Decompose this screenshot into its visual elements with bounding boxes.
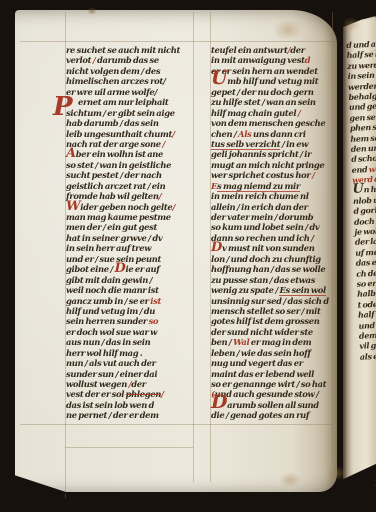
text-line: er doch wol sue war w [66,327,196,337]
text-line: unsinnig sur sed / das sich d [211,296,338,306]
text-line: gepet / der nu doch gern [211,87,338,97]
text-line: ch dem n [356,266,376,278]
text-line: zu pusse stan / das etwas [211,275,338,285]
text-line: man mag kaume pestme [66,212,196,222]
text-line: mensch stellet so ser / mit [211,306,338,316]
text-line: von dem menschen gesche [211,118,338,128]
text-line: leben / wie das sein hoff [211,348,338,358]
text-line: gibt mit dain gewin / [66,275,196,285]
text-line: das ist sein lob wen d [66,400,196,410]
text-line: vil gnad [359,339,376,351]
text-line: hoffnung han / das se wolle [211,264,338,274]
edge-strip-shadow [343,452,376,486]
text-line: men der / ein gut gest [66,222,196,232]
text-line: dem herr [359,329,376,341]
text-line: er wre uil arme wolfe/ [66,87,196,97]
text-line: (und auch gesunde stow / [211,389,338,399]
text-line: nun / als vut auch der [66,358,196,368]
text-line: und er / sue sein peunt [66,254,196,264]
text-line: geli johannis spricht / ir [211,149,338,159]
page-edge-strip: d und auch fhalf se hut pezu werd min se… [343,16,376,486]
text-line: in sein herr auf trew [66,243,196,253]
text-line: geistlich arczet rat / ein [66,181,196,191]
text-line: vest der er sol phlegen/ [66,389,196,399]
text-line: Umb hilf und vetug mit [211,76,338,86]
text-line: als er sp [360,349,376,361]
text-line: wollust wegen /der [66,379,196,389]
text-line: in mein reich chume nl [211,191,338,201]
text-line: t oder W [357,298,376,310]
text-line: teufel ein antwurt/der [211,45,338,55]
text-line: halb se m [357,287,376,299]
manuscript-photo: { "colors":{"background":"#16110d","parc… [0,0,376,512]
text-line: ben / Wal er mag in dem [211,337,338,347]
text-line: nach rat der arge sone / [66,139,196,149]
text-line: zu hilfe stet / wan an sein [211,97,338,107]
ruling-line-horizontal [20,41,334,42]
book-page: re suchet se auch mit nichtverlot / daru… [15,10,337,492]
text-line: je wolt herr [354,225,376,237]
text-line: in mit anwaigung vestd [211,55,338,65]
text-line: hilf und vetug im / du [66,306,196,316]
text-line: fromde hab wil gelten/ [66,191,196,201]
text-line: sunder sun / einer dai [66,369,196,379]
text-line: der vater mein / dorumb [211,212,338,222]
text-line: nicht volgen dem / des [66,66,196,76]
text-line: weil noch die manr ist [66,285,196,295]
right-column: teufel ein antwurt/derin mit anwaigung v… [211,45,338,421]
text-line: so er genannge wirt / so hat [211,379,338,389]
text-line: tus selb verzicht / in ew [211,139,338,149]
text-line: dann so rechen und ich / [211,233,338,243]
text-line: der landen [355,235,376,247]
text-line: ne pernet / der er dem [66,410,196,420]
left-column: re suchet se auch mit nichtverlot / daru… [66,45,196,421]
text-line: hilf mag chain gutel / [211,108,338,118]
text-line: sein herren sunder so [66,316,196,326]
text-line: das er m [356,256,376,268]
text-line: gotes hilf ist dem grossen [211,316,338,326]
text-line: gancz umb in / se er ist [66,296,196,306]
text-line: herr wol hilf mag . [66,348,196,358]
ruling-line-horizontal [65,447,193,448]
text-line: maint das er lebend well [211,369,338,379]
text-line: chen / Als uns dann cri [211,129,338,139]
text-line: so kum und lobet sein / dv [211,222,338,232]
text-line: hab darumb / das sein [66,118,196,128]
text-line: half dem n [358,308,376,320]
text-line: wenig zu spate / Es sein wol [211,285,338,295]
text-line: Aber ein wolhn ist ane [66,149,196,159]
text-line: uf mensch [355,246,376,258]
text-line: Es mag niemd zu mir [211,181,338,191]
text-line: hat in seiner grwve / dv [66,233,196,243]
edge-strip-text: d und auch fhalf se hut pezu werd min se… [346,38,376,362]
text-line: lon / und doch zu chunftig [211,254,338,264]
text-line: nug und vegert das er [211,358,338,368]
text-line: wer sprichet costus hor / [211,170,338,180]
text-line: die / genad gotes an ruf [211,410,338,420]
text-line: himelischen arczes rot/ [66,76,196,86]
text-line: Pernet am nur leiphait [66,97,196,107]
text-line: aus nun / das in sein [66,337,196,347]
page-corner-shadow [14,475,72,494]
text-line: er er sein hern an wendet [211,66,338,76]
text-line: sichtum / er gibt sein aige [66,108,196,118]
text-line: gibot eine / Die er auf [66,264,196,274]
text-line: Dv must nit von sunden [211,243,338,253]
text-line: leib ungesunthait chumt/ [66,129,196,139]
text-line: so stet / wan in geistliche [66,160,196,170]
text-line: Darumb sollen all sund [211,400,338,410]
text-line: verlot / darumb das se [66,55,196,65]
ruling-line-horizontal [20,424,334,425]
text-line: sucht pestet / der nach [66,170,196,180]
text-line: allein / in erich dan der [211,202,338,212]
text-line: so er den [356,277,376,289]
text-line: re suchet se auch mit nicht [66,45,196,55]
text-line: und se g [358,318,376,330]
text-line: Wider geben noch gelte/ [66,202,196,212]
text-line: mugt an mich nicht pringe [211,160,338,170]
text-line: der sund nicht wider ste [211,327,338,337]
text-line: doch ze ob d [354,214,376,226]
